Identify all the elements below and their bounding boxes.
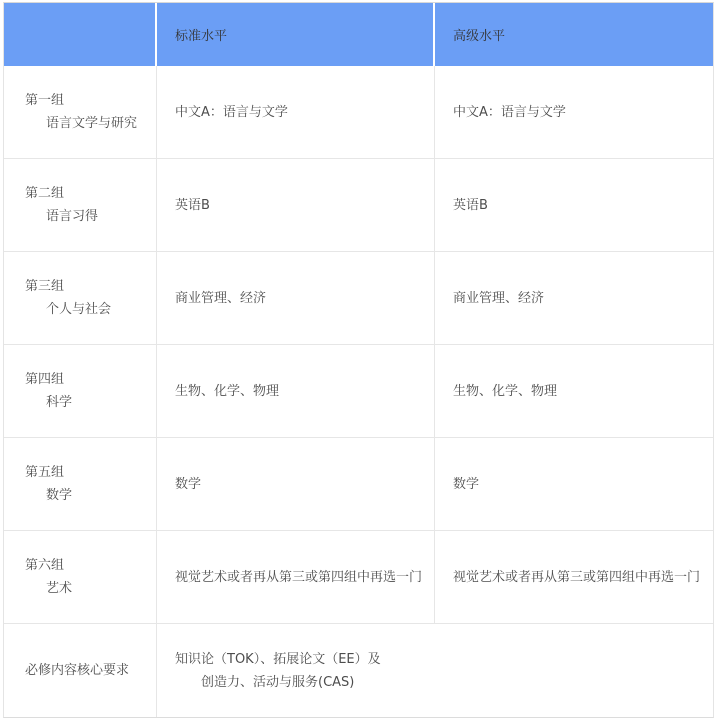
group2-cell: 第二组 语言习得 bbox=[4, 159, 157, 252]
group5-name: 第五组 bbox=[25, 461, 148, 484]
group4-cell: 第四组 科学 bbox=[4, 345, 157, 438]
group4-name: 第四组 bbox=[25, 368, 148, 391]
curriculum-table: 标准水平 高级水平 第一组 语言文学与研究 中文A：语言与文学 中文A：语言与文… bbox=[3, 2, 714, 718]
group1-cell: 第一组 语言文学与研究 bbox=[4, 66, 157, 159]
group4-advanced-cell: 生物、化学、物理 bbox=[435, 345, 713, 438]
header-higher-level-label: 高级水平 bbox=[453, 25, 505, 44]
group6-standard-cell: 视觉艺术或者再从第三或第四组中再选一门 bbox=[157, 531, 435, 624]
group6-standard-text: 视觉艺术或者再从第三或第四组中再选一门 bbox=[175, 566, 426, 589]
group2-advanced-text: 英语B bbox=[453, 194, 705, 217]
group2-standard-text: 英语B bbox=[175, 194, 426, 217]
group1-advanced-text: 中文A：语言与文学 bbox=[453, 101, 705, 124]
group6-cell: 第六组 艺术 bbox=[4, 531, 157, 624]
header-cell-standard-level: 标准水平 bbox=[157, 3, 435, 66]
group3-standard-cell: 商业管理、经济 bbox=[157, 252, 435, 345]
group1-standard-cell: 中文A：语言与文学 bbox=[157, 66, 435, 159]
group3-subject-area: 个人与社会 bbox=[25, 298, 148, 321]
core-requirements-content-cell: 知识论（TOK）、拓展论文（EE）及 创造力、活动与服务(CAS) bbox=[157, 624, 713, 717]
group3-name: 第三组 bbox=[25, 275, 148, 298]
group1-subject-area: 语言文学与研究 bbox=[25, 112, 148, 135]
group6-subject-area: 艺术 bbox=[25, 577, 148, 600]
group5-advanced-text: 数学 bbox=[453, 473, 705, 496]
group3-cell: 第三组 个人与社会 bbox=[4, 252, 157, 345]
group4-advanced-text: 生物、化学、物理 bbox=[453, 380, 705, 403]
group6-advanced-cell: 视觉艺术或者再从第三或第四组中再选一门 bbox=[435, 531, 713, 624]
header-standard-level-label: 标准水平 bbox=[175, 25, 227, 44]
core-requirements-label: 必修内容核心要求 bbox=[25, 659, 148, 682]
group5-subject-area: 数学 bbox=[25, 484, 148, 507]
group1-advanced-cell: 中文A：语言与文学 bbox=[435, 66, 713, 159]
group2-advanced-cell: 英语B bbox=[435, 159, 713, 252]
group4-standard-text: 生物、化学、物理 bbox=[175, 380, 426, 403]
group5-cell: 第五组 数学 bbox=[4, 438, 157, 531]
group3-advanced-text: 商业管理、经济 bbox=[453, 287, 705, 310]
group3-advanced-cell: 商业管理、经济 bbox=[435, 252, 713, 345]
core-requirements-line2: 创造力、活动与服务(CAS) bbox=[175, 671, 705, 694]
group5-advanced-cell: 数学 bbox=[435, 438, 713, 531]
group6-advanced-text: 视觉艺术或者再从第三或第四组中再选一门 bbox=[453, 566, 705, 589]
core-requirements-line1: 知识论（TOK）、拓展论文（EE）及 bbox=[175, 648, 705, 671]
group5-standard-cell: 数学 bbox=[157, 438, 435, 531]
core-requirements-label-cell: 必修内容核心要求 bbox=[4, 624, 157, 717]
group1-standard-text: 中文A：语言与文学 bbox=[175, 101, 426, 124]
group3-standard-text: 商业管理、经济 bbox=[175, 287, 426, 310]
group2-subject-area: 语言习得 bbox=[25, 205, 148, 228]
group4-standard-cell: 生物、化学、物理 bbox=[157, 345, 435, 438]
group5-standard-text: 数学 bbox=[175, 473, 426, 496]
group4-subject-area: 科学 bbox=[25, 391, 148, 414]
header-cell-higher-level: 高级水平 bbox=[435, 3, 713, 66]
group2-name: 第二组 bbox=[25, 182, 148, 205]
group2-standard-cell: 英语B bbox=[157, 159, 435, 252]
group6-name: 第六组 bbox=[25, 554, 148, 577]
header-cell-group bbox=[4, 3, 157, 66]
group1-name: 第一组 bbox=[25, 89, 148, 112]
